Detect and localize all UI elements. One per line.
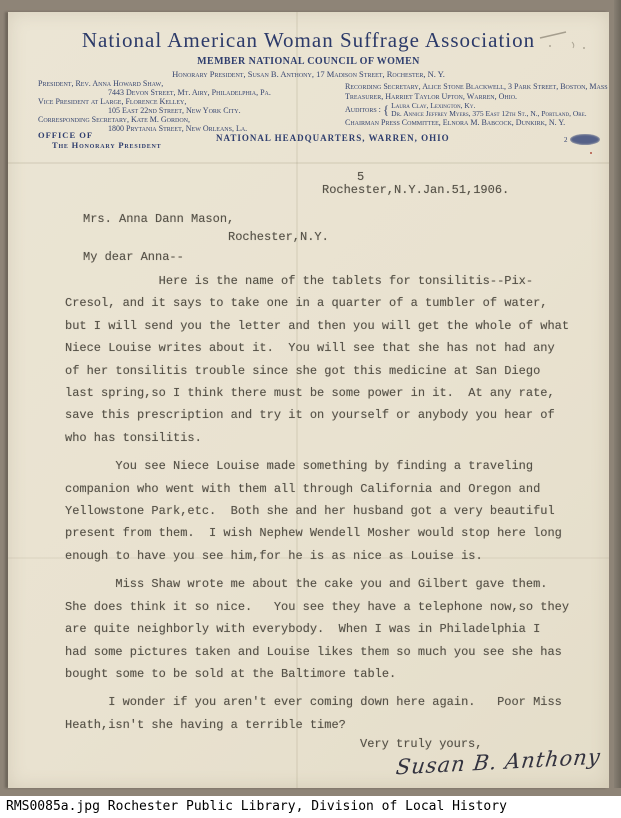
scan-right-edge-shadow <box>614 0 621 788</box>
letter-paragraph: I wonder if you aren't ever coming down … <box>65 691 595 736</box>
officer-address-line: 105 East 22nd Street, New York City. <box>38 106 328 115</box>
officer-recording-secretary: Recording Secretary, Alice Stone Blackwe… <box>345 82 610 92</box>
auditors-label: Auditors : <box>345 105 381 115</box>
officer-address-line: 7443 Devon Street, Mt. Airy, Philadelphi… <box>38 88 328 97</box>
letter-paper: National American Woman Suffrage Associa… <box>8 12 609 788</box>
office-of-block: OFFICE OF The Honorary President <box>38 131 161 150</box>
letter-paragraph: You see Niece Louise made something by f… <box>65 455 595 567</box>
letterhead-subtitle: MEMBER NATIONAL COUNCIL OF WOMEN <box>8 56 609 67</box>
letter-line: companion who went with them all through… <box>65 478 595 500</box>
salutation: My dear Anna-- <box>83 250 184 264</box>
letter-paragraph: Here is the name of the tablets for tons… <box>65 270 595 449</box>
letter-line: Yellowstone Park,etc. Both she and her h… <box>65 500 595 522</box>
scanned-letter-page: { "letterhead": { "title": "National Ame… <box>0 0 621 818</box>
letter-line: are quite neighborly with everybody. Whe… <box>65 618 595 640</box>
letter-line: Cresol, and it says to take one in a qua… <box>65 292 595 314</box>
national-headquarters-line: NATIONAL HEADQUARTERS, WARREN, OHIO <box>216 133 450 143</box>
letter-line: She does think it so nice. You see they … <box>65 596 595 618</box>
letter-line: present from them. I wish Nephew Wendell… <box>65 522 595 544</box>
addressee-city: Rochester,N.Y. <box>228 230 329 244</box>
letter-line: Here is the name of the tablets for tons… <box>65 270 595 292</box>
addressee-name: Mrs. Anna Dann Mason, <box>83 212 234 226</box>
paper-crease-horizontal-top <box>8 162 609 164</box>
union-label-oval-icon <box>570 134 600 145</box>
date-line: Rochester,N.Y.Jan.51,1906. <box>322 183 509 197</box>
officer-title-line: Vice President at Large, Florence Kelley… <box>38 97 328 106</box>
officer-chairman-press: Chairman Press Committee, Elnora M. Babc… <box>345 118 610 128</box>
paper-crease-horizontal-bottom <box>8 557 609 559</box>
auditor-2: Dr. Annice Jeffrey Myers, 375 East 12th … <box>391 110 586 118</box>
paper-crease-vertical <box>296 12 298 788</box>
caption-bar: RMS0085a.jpg Rochester Public Library, D… <box>0 796 621 818</box>
letter-line: bought some to be sold at the Baltimore … <box>65 663 595 685</box>
auditors-brace: { <box>383 105 389 115</box>
letterhead-honorary-president: Honorary President, Susan B. Anthony, 17… <box>8 69 609 79</box>
letter-line: Miss Shaw wrote me about the cake you an… <box>65 573 595 595</box>
letter-line: who has tonsilitis. <box>65 427 595 449</box>
letterhead-title: National American Woman Suffrage Associa… <box>8 28 609 53</box>
union-label-number: 2 <box>564 136 568 144</box>
officer-treasurer: Treasurer, Harriet Taylor Upton, Warren,… <box>345 92 610 102</box>
pencil-scribble-icon <box>528 24 598 54</box>
officers-auditors: Auditors : { Laura Clay, Lexington, Ky. … <box>345 102 610 118</box>
letter-line: had some pictures taken and Louise likes… <box>65 641 595 663</box>
letter-line: of her tonsilitis trouble since she got … <box>65 360 595 382</box>
letter-paragraphs: Here is the name of the tablets for tons… <box>65 270 595 742</box>
officer-title-line: Corresponding Secretary, Kate M. Gordon, <box>38 115 328 124</box>
letter-line: You see Niece Louise made something by f… <box>65 455 595 477</box>
officers-left: President, Rev. Anna Howard Shaw,7443 De… <box>38 79 328 133</box>
caption-text: RMS0085a.jpg Rochester Public Library, D… <box>6 799 507 814</box>
officer-title-line: President, Rev. Anna Howard Shaw, <box>38 79 328 88</box>
letter-line: last spring,so I think there must be som… <box>65 382 595 404</box>
closing-line: Very truly yours, <box>360 737 482 751</box>
union-printer-label: 2 <box>564 134 600 145</box>
letter-line: I wonder if you aren't ever coming down … <box>65 691 595 713</box>
red-ink-speck <box>590 152 592 154</box>
letter-line: Niece Louise writes about it. You will s… <box>65 337 595 359</box>
officers-right: Recording Secretary, Alice Stone Blackwe… <box>345 82 610 128</box>
letter-line: Heath,isn't she having a terrible time? <box>65 714 595 736</box>
letter-line: save this prescription and try it on you… <box>65 404 595 426</box>
letter-paragraph: Miss Shaw wrote me about the cake you an… <box>65 573 595 685</box>
letter-line: but I will send you the letter and then … <box>65 315 595 337</box>
office-of-line2: The Honorary President <box>38 141 161 151</box>
handwritten-date-correction: 5 <box>357 170 364 184</box>
